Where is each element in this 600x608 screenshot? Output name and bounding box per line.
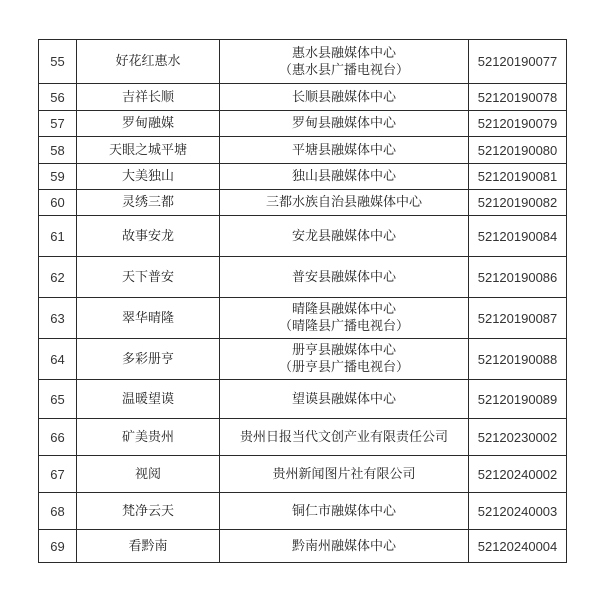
registration-code-cell: 52120240004 (469, 530, 567, 563)
registration-code-cell: 52120190079 (469, 111, 567, 137)
table-row: 63翠华晴隆晴隆县融媒体中心（晴隆县广播电视台）52120190087 (39, 298, 567, 339)
table-row: 65温暖望谟望谟县融媒体中心52120190089 (39, 380, 567, 419)
organization-cell: 三都水族自治县融媒体中心 (220, 190, 469, 216)
registration-code-cell: 52120230002 (469, 419, 567, 456)
organization-name: 贵州日报当代文创产业有限责任公司 (220, 429, 468, 446)
organization-name: 铜仁市融媒体中心 (220, 503, 468, 520)
registration-code-cell: 52120240003 (469, 493, 567, 530)
registration-code-cell: 52120190087 (469, 298, 567, 339)
organization-cell: 普安县融媒体中心 (220, 257, 469, 298)
row-number-cell: 67 (39, 456, 77, 493)
organization-cell: 望谟县融媒体中心 (220, 380, 469, 419)
registration-code-cell: 52120190084 (469, 216, 567, 257)
organization-cell: 贵州新闻图片社有限公司 (220, 456, 469, 493)
registration-code-cell: 52120190081 (469, 164, 567, 190)
registration-code-cell: 52120190082 (469, 190, 567, 216)
account-name-cell: 吉祥长顺 (77, 84, 220, 111)
table-row: 66矿美贵州贵州日报当代文创产业有限责任公司52120230002 (39, 419, 567, 456)
organization-cell: 长顺县融媒体中心 (220, 84, 469, 111)
account-name-cell: 天眼之城平塘 (77, 137, 220, 164)
organization-cell: 安龙县融媒体中心 (220, 216, 469, 257)
organization-cell: 贵州日报当代文创产业有限责任公司 (220, 419, 469, 456)
organization-cell: 平塘县融媒体中心 (220, 137, 469, 164)
organization-alias: （册亨县广播电视台） (220, 359, 468, 376)
table-row: 55好花红惠水惠水县融媒体中心（惠水县广播电视台）52120190077 (39, 40, 567, 84)
organization-cell: 册亨县融媒体中心（册亨县广播电视台） (220, 339, 469, 380)
table-row: 67视阅贵州新闻图片社有限公司52120240002 (39, 456, 567, 493)
table-row: 58天眼之城平塘平塘县融媒体中心52120190080 (39, 137, 567, 164)
organization-name: 普安县融媒体中心 (220, 269, 468, 286)
organization-name: 黔南州融媒体中心 (220, 538, 468, 555)
account-name-cell: 看黔南 (77, 530, 220, 563)
table-row: 62天下普安普安县融媒体中心52120190086 (39, 257, 567, 298)
row-number-cell: 58 (39, 137, 77, 164)
organization-alias: （晴隆县广播电视台） (220, 318, 468, 335)
account-name-cell: 天下普安 (77, 257, 220, 298)
account-name-cell: 罗甸融媒 (77, 111, 220, 137)
row-number-cell: 59 (39, 164, 77, 190)
table-row: 69看黔南黔南州融媒体中心52120240004 (39, 530, 567, 563)
account-name-cell: 故事安龙 (77, 216, 220, 257)
registration-code-cell: 52120190077 (469, 40, 567, 84)
organization-cell: 独山县融媒体中心 (220, 164, 469, 190)
organization-name: 册亨县融媒体中心 (220, 342, 468, 359)
row-number-cell: 57 (39, 111, 77, 137)
row-number-cell: 55 (39, 40, 77, 84)
row-number-cell: 64 (39, 339, 77, 380)
row-number-cell: 60 (39, 190, 77, 216)
account-name-cell: 翠华晴隆 (77, 298, 220, 339)
row-number-cell: 66 (39, 419, 77, 456)
table-body: 55好花红惠水惠水县融媒体中心（惠水县广播电视台）5212019007756吉祥… (39, 40, 567, 563)
row-number-cell: 61 (39, 216, 77, 257)
row-number-cell: 63 (39, 298, 77, 339)
organization-name: 晴隆县融媒体中心 (220, 301, 468, 318)
account-name-cell: 大美独山 (77, 164, 220, 190)
registry-table-container: 55好花红惠水惠水县融媒体中心（惠水县广播电视台）5212019007756吉祥… (38, 39, 567, 563)
organization-name: 三都水族自治县融媒体中心 (220, 194, 468, 211)
organization-name: 长顺县融媒体中心 (220, 89, 468, 106)
row-number-cell: 69 (39, 530, 77, 563)
organization-name: 望谟县融媒体中心 (220, 391, 468, 408)
organization-name: 平塘县融媒体中心 (220, 142, 468, 159)
account-name-cell: 温暖望谟 (77, 380, 220, 419)
registration-code-cell: 52120190080 (469, 137, 567, 164)
account-name-cell: 灵绣三都 (77, 190, 220, 216)
table-row: 57罗甸融媒罗甸县融媒体中心52120190079 (39, 111, 567, 137)
row-number-cell: 65 (39, 380, 77, 419)
account-name-cell: 好花红惠水 (77, 40, 220, 84)
account-name-cell: 梵净云天 (77, 493, 220, 530)
account-name-cell: 视阅 (77, 456, 220, 493)
registration-code-cell: 52120190088 (469, 339, 567, 380)
registration-code-cell: 52120190078 (469, 84, 567, 111)
organization-cell: 晴隆县融媒体中心（晴隆县广播电视台） (220, 298, 469, 339)
account-name-cell: 多彩册亨 (77, 339, 220, 380)
table-row: 59大美独山独山县融媒体中心52120190081 (39, 164, 567, 190)
row-number-cell: 62 (39, 257, 77, 298)
organization-cell: 罗甸县融媒体中心 (220, 111, 469, 137)
organization-cell: 黔南州融媒体中心 (220, 530, 469, 563)
row-number-cell: 56 (39, 84, 77, 111)
registration-code-cell: 52120190089 (469, 380, 567, 419)
organization-name: 安龙县融媒体中心 (220, 228, 468, 245)
registration-code-cell: 52120190086 (469, 257, 567, 298)
organization-name: 惠水县融媒体中心 (220, 45, 468, 62)
table-row: 64多彩册亨册亨县融媒体中心（册亨县广播电视台）52120190088 (39, 339, 567, 380)
row-number-cell: 68 (39, 493, 77, 530)
table-row: 60灵绣三都三都水族自治县融媒体中心52120190082 (39, 190, 567, 216)
organization-alias: （惠水县广播电视台） (220, 62, 468, 79)
registry-table: 55好花红惠水惠水县融媒体中心（惠水县广播电视台）5212019007756吉祥… (38, 39, 567, 563)
table-row: 56吉祥长顺长顺县融媒体中心52120190078 (39, 84, 567, 111)
registration-code-cell: 52120240002 (469, 456, 567, 493)
organization-cell: 铜仁市融媒体中心 (220, 493, 469, 530)
organization-cell: 惠水县融媒体中心（惠水县广播电视台） (220, 40, 469, 84)
table-row: 68梵净云天铜仁市融媒体中心52120240003 (39, 493, 567, 530)
table-row: 61故事安龙安龙县融媒体中心52120190084 (39, 216, 567, 257)
organization-name: 贵州新闻图片社有限公司 (220, 466, 468, 483)
organization-name: 独山县融媒体中心 (220, 168, 468, 185)
organization-name: 罗甸县融媒体中心 (220, 115, 468, 132)
account-name-cell: 矿美贵州 (77, 419, 220, 456)
